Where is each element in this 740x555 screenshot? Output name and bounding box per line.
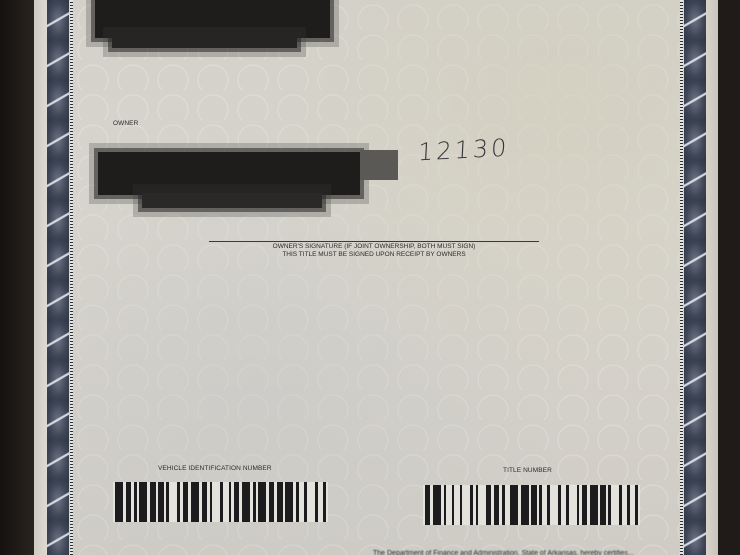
barcode-bar <box>521 485 529 525</box>
barcode-bar <box>115 482 123 522</box>
redaction-top-lower <box>112 36 297 48</box>
signature-instructions: OWNER'S SIGNATURE (IF JOINT OWNERSHIP, B… <box>209 243 539 259</box>
barcode-space <box>462 485 470 525</box>
background-table-right <box>718 0 740 555</box>
redaction-owner <box>98 152 360 195</box>
title-number-label: TITLE NUMBER <box>503 467 552 474</box>
barcode-bar <box>191 482 199 522</box>
barcode-bar <box>510 485 518 525</box>
barcode-space <box>611 485 619 525</box>
redaction-owner-edge <box>360 150 398 180</box>
barcode-space <box>212 482 220 522</box>
barcode-space <box>550 485 558 525</box>
handwritten-number: 12130 <box>417 134 510 167</box>
signature-notice: THIS TITLE MUST BE SIGNED UPON RECEIPT B… <box>209 251 539 259</box>
guilloche-border-right <box>684 0 706 555</box>
barcode-bar <box>323 482 326 522</box>
signature-caption: OWNER'S SIGNATURE (IF JOINT OWNERSHIP, B… <box>209 243 539 251</box>
barcode-bar <box>590 485 598 525</box>
paper-margin-right <box>706 0 718 555</box>
barcode-bar <box>242 482 250 522</box>
signature-line <box>209 241 539 242</box>
barcode-space <box>307 482 315 522</box>
background-table-left <box>0 0 34 555</box>
barcode-space <box>478 485 486 525</box>
barcode-bar <box>635 485 638 525</box>
redaction-owner-lower <box>142 193 322 208</box>
vin-label: VEHICLE IDENTIFICATION NUMBER <box>158 465 272 472</box>
title-number-barcode <box>423 485 640 525</box>
vin-barcode <box>113 482 328 522</box>
guilloche-border-left <box>47 0 69 555</box>
paper-margin-left <box>34 0 47 555</box>
barcode-bar <box>139 482 147 522</box>
redaction-top <box>95 0 330 38</box>
barcode-bar <box>285 482 293 522</box>
footer-certification-text: The Department of Finance and Administra… <box>373 550 634 555</box>
owner-label: OWNER <box>113 120 138 127</box>
barcode-space <box>169 482 177 522</box>
barcode-space <box>569 485 577 525</box>
barcode-bar <box>258 482 266 522</box>
barcode-bar <box>433 485 441 525</box>
